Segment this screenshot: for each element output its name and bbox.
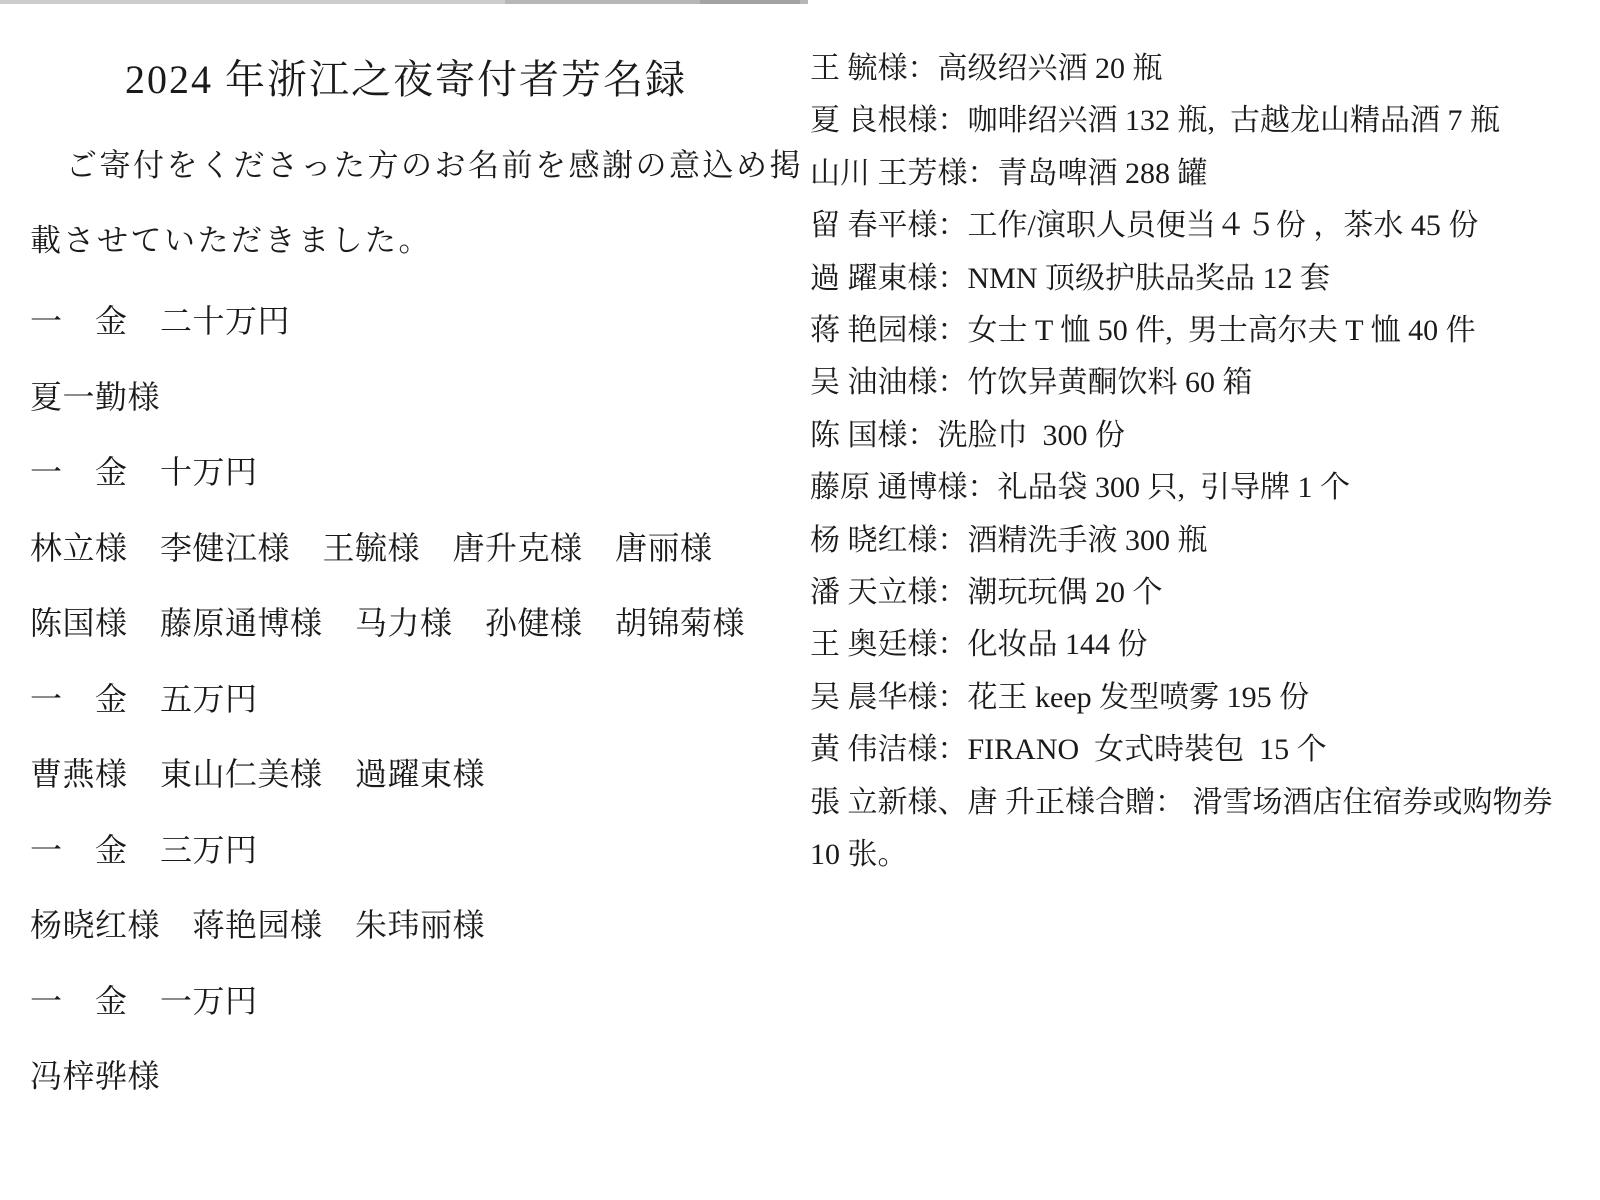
cash-donation-line: 陈国様 藤原通博様 马力様 孙健様 胡锦菊様 xyxy=(30,586,782,662)
in-kind-donation-line: 蒋 艳园様：女士 T 恤 50 件, 男士高尔夫 T 恤 40 件 xyxy=(810,305,1590,357)
cash-donation-line: 夏一勤様 xyxy=(30,360,782,436)
top-edge-artifact-bar-dark xyxy=(700,0,800,4)
right-column: 王 毓様：高级绍兴酒 20 瓶夏 良根様：咖啡绍兴酒 132 瓶, 古越龙山精品… xyxy=(810,43,1590,882)
page-title-text: 2024 年浙江之夜寄付者芳名録 xyxy=(125,57,687,102)
document-page: 2024 年浙江之夜寄付者芳名録 ご寄付をくださった方のお名前を感謝の意込め掲 … xyxy=(0,0,1600,1200)
in-kind-donation-line: 山川 王芳様：青岛啤酒 288 罐 xyxy=(810,148,1590,200)
in-kind-donation-line: 藤原 通博様：礼品袋 300 只, 引导牌 1 个 xyxy=(810,462,1590,514)
intro-line-1: ご寄付をくださった方のお名前を感謝の意込め掲 xyxy=(30,128,782,203)
cash-donation-line: 冯梓骅様 xyxy=(30,1039,782,1115)
in-kind-donation-line: 夏 良根様：咖啡绍兴酒 132 瓶, 古越龙山精品酒 7 瓶 xyxy=(810,95,1590,147)
cash-donation-line: 一 金 二十万円 xyxy=(30,284,782,360)
cash-donation-line: 林立様 李健江様 王毓様 唐升克様 唐丽様 xyxy=(30,511,782,587)
cash-donation-line: 一 金 五万円 xyxy=(30,662,782,738)
in-kind-donation-line: 黃 伟洁様：FIRANO 女式時裝包 15 个 xyxy=(810,724,1590,776)
left-column: 2024 年浙江之夜寄付者芳名録 ご寄付をくださった方のお名前を感謝の意込め掲 … xyxy=(30,52,782,1115)
cash-donation-line: 一 金 十万円 xyxy=(30,435,782,511)
in-kind-donation-line: 王 毓様：高级绍兴酒 20 瓶 xyxy=(810,43,1590,95)
in-kind-donation-line: 陈 国様：洗脸巾 300 份 xyxy=(810,410,1590,462)
page-title: 2024 年浙江之夜寄付者芳名録 xyxy=(30,52,782,108)
in-kind-donation-line: 王 奥廷様：化妆品 144 份 xyxy=(810,619,1590,671)
in-kind-donation-line: 留 春平様：工作/演职人员便当４５份 ，茶水 45 份 xyxy=(810,200,1590,252)
in-kind-donation-line: 10 张。 xyxy=(810,829,1590,881)
intro-line-2: 載させていただきました。 xyxy=(30,203,782,278)
in-kind-donation-line: 潘 天立様：潮玩玩偶 20 个 xyxy=(810,567,1590,619)
cash-donation-line: 曹燕様 東山仁美様 過躍東様 xyxy=(30,737,782,813)
in-kind-donation-line: 吴 晨华様：花王 keep 发型喷雾 195 份 xyxy=(810,672,1590,724)
cash-donation-line: 杨晓红様 蒋艳园様 朱玮丽様 xyxy=(30,888,782,964)
in-kind-donation-list: 王 毓様：高级绍兴酒 20 瓶夏 良根様：咖啡绍兴酒 132 瓶, 古越龙山精品… xyxy=(810,43,1590,882)
in-kind-donation-line: 過 躍東様：NMN 顶级护肤品奖品 12 套 xyxy=(810,253,1590,305)
in-kind-donation-line: 杨 晓红様：酒精洗手液 300 瓶 xyxy=(810,515,1590,567)
cash-donation-list: 一 金 二十万円夏一勤様一 金 十万円林立様 李健江様 王毓様 唐升克様 唐丽様… xyxy=(30,284,782,1115)
cash-donation-line: 一 金 一万円 xyxy=(30,964,782,1040)
cash-donation-line: 一 金 三万円 xyxy=(30,813,782,889)
in-kind-donation-line: 張 立新様、唐 升正様合贈： 滑雪场酒店住宿券或购物券 xyxy=(810,777,1590,829)
in-kind-donation-line: 吴 油油様：竹饮异黄酮饮料 60 箱 xyxy=(810,357,1590,409)
